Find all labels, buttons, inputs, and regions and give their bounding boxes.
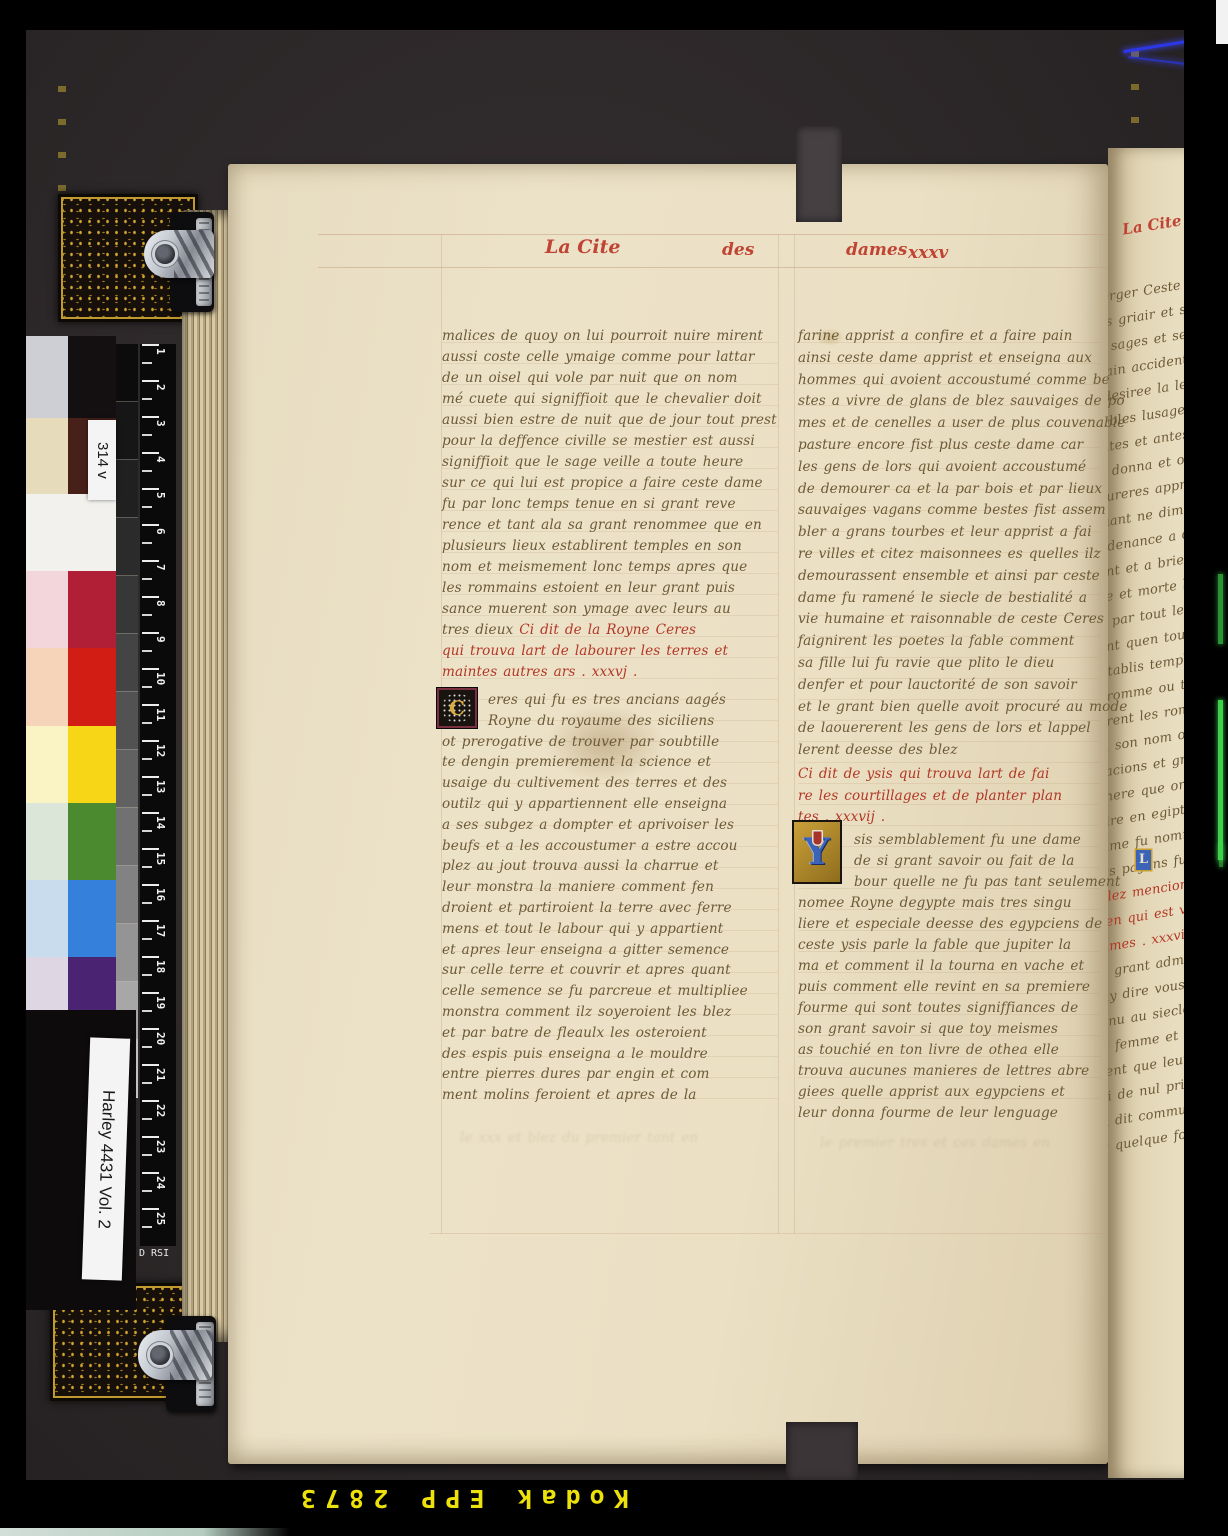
ruler-unit: 11 <box>140 704 176 740</box>
recto-illuminated-initial: L <box>1136 850 1151 870</box>
manuscript-text-line: plez au jout trouva aussi la charrue et <box>442 856 778 877</box>
color-patch-row-pink-crimson <box>20 571 116 648</box>
manuscript-text-line: mé cuete qui signiffioit que le chevalie… <box>442 389 778 410</box>
gray-wedge-step <box>116 344 138 402</box>
manuscript-text-line: lerent deesse des blez <box>798 740 1100 762</box>
clip-stripes-bottom <box>170 1330 212 1380</box>
manuscript-page-recto-sliver: La Cite berger Ceste fu fillegis griair … <box>1108 148 1184 1478</box>
support-strap-bottom <box>786 1422 858 1482</box>
color-patch <box>68 648 116 726</box>
manuscript-text-line: re les courtillages et de planter plan <box>798 786 1100 808</box>
color-patch <box>68 336 116 418</box>
color-patch <box>20 726 68 803</box>
frame-top <box>0 0 1228 30</box>
manuscript-text-line: bour quelle ne fu pas tant seulement <box>798 872 1100 893</box>
manuscript-text-line: nomee Royne degypte mais tres singu <box>798 893 1100 914</box>
manuscript-text-line: de laouererent les gens de lors et lappe… <box>798 718 1100 740</box>
ruler-unit: 18 <box>140 956 176 992</box>
ruler-unit: 1 <box>140 344 176 380</box>
manuscript-text-line: bler a grans tourbes et leur apprist a f… <box>798 522 1100 544</box>
manuscript-text-line: beufs et a les accoustumer a estre accou <box>442 836 778 857</box>
manuscript-text-line: ment molins feroient et apres de la <box>442 1085 778 1106</box>
manuscript-text-line: les gens de lors qui avoient accoustumé <box>798 457 1100 479</box>
manuscript-text-line: et apres leur enseigna a gitter semence <box>442 940 778 961</box>
color-patch <box>68 880 116 957</box>
manuscript-text-line: outilz qui y appartiennent elle enseigna <box>442 794 778 815</box>
running-header-chapter-numeral: xxxv <box>908 243 948 263</box>
manuscript-text-line: sa fille lui fu ravie que plito le dieu <box>798 653 1100 675</box>
col2-text-block2: sis semblablement fu une damede si grant… <box>798 830 1100 1124</box>
color-patch <box>20 571 68 648</box>
manuscript-text-line: sis semblablement fu une dame <box>798 830 1100 851</box>
manuscript-text-line: farine apprist a confire et a faire pain <box>798 326 1100 348</box>
color-patch-row-white <box>20 494 116 571</box>
manuscript-text-line: demourassent ensemble et ainsi par ceste <box>798 566 1100 588</box>
ruler-unit: 7 <box>140 560 176 596</box>
color-patch-row-mint-green <box>20 803 116 880</box>
manuscript-text-line: aussi bien estre de nuit que de jour tou… <box>442 410 778 431</box>
manuscript-text-line: leur monstra la maniere comment fen <box>442 877 778 898</box>
gray-wedge-step <box>116 402 138 460</box>
manuscript-text-line: te dengin premierement la science et <box>442 752 778 773</box>
manuscript-text-line: celle semence se fu parcreue et multipli… <box>442 981 778 1002</box>
color-patch <box>68 494 116 571</box>
manuscript-text-line: mes et de cenelles a user de plus couven… <box>798 413 1100 435</box>
manuscript-text-line: Royne du royaume des siciliens <box>442 711 778 732</box>
running-header-dames: dames <box>846 240 907 260</box>
manuscript-text-line: qui trouva lart de labourer les terres e… <box>442 641 778 662</box>
manuscript-text-line: ceste ysis parle la fable que jupiter la <box>798 935 1100 956</box>
color-patch <box>68 957 116 1012</box>
manuscript-text-line: sur celle terre et couvrir et apres quan… <box>442 960 778 981</box>
ruler-unit: 21 <box>140 1064 176 1100</box>
manuscript-text-line: de si grant savoir ou fait de la <box>798 851 1100 872</box>
gray-wedge-step <box>116 460 138 518</box>
ruler-unit: 13 <box>140 776 176 812</box>
gray-wedge-step <box>116 808 138 866</box>
ruler-unit: 6 <box>140 524 176 560</box>
manuscript-text-line: nom et meismement lonc temps apres que <box>442 557 778 578</box>
folio-number-sticker: 314 v <box>88 420 116 500</box>
col1-text-block2: eres qui fu es tres ancians aagésRoyne d… <box>442 690 778 1106</box>
color-patch-row-paleblue-blue <box>20 880 116 957</box>
manuscript-text-line: dame fu ramené le siecle de bestialité a <box>798 588 1100 610</box>
manuscript-text-line: fourme qui sont toutes signiffiances de <box>798 998 1100 1019</box>
grayscale-wedge <box>116 344 138 1098</box>
manuscript-text-line: aussi coste celle ymaige comme pour latt… <box>442 347 778 368</box>
ruler-unit: 16 <box>140 884 176 920</box>
ruler-unit: 14 <box>140 812 176 848</box>
bottom-light-leak <box>0 1528 290 1536</box>
manuscript-text-line: liere et especiale deesse des egypciens … <box>798 914 1100 935</box>
clip-stripes-top <box>174 230 214 278</box>
manuscript-text-line: tres dieux Ci dit de la Royne Ceres <box>442 620 778 641</box>
gray-wedge-step <box>116 576 138 634</box>
manuscript-text-line: leur donna fourme de leur lenguage <box>798 1103 1100 1124</box>
bleedthrough-2: le premier tres et ces dames en <box>820 1135 1050 1151</box>
manuscript-text-line: ma et comment il la tourna en vache et <box>798 956 1100 977</box>
ruling-line-bottom <box>430 1233 1106 1234</box>
shelfmark-sticker: Harley 4431 Vol. 2 <box>82 1037 130 1280</box>
ruler-unit: 4 <box>140 452 176 488</box>
manuscript-text-line: Ci dit de ysis qui trouva lart de fai <box>798 764 1100 786</box>
film-white-corner-strip <box>1216 0 1228 44</box>
ruling-line-top <box>318 234 1108 235</box>
ruler-unit: 20 <box>140 1028 176 1064</box>
clip-hole-top <box>155 244 175 264</box>
color-patch-row-peach-red <box>20 648 116 726</box>
color-patch <box>20 418 68 494</box>
ruler-unit: 2 <box>140 380 176 416</box>
color-patch <box>20 957 68 1012</box>
manuscript-text-line: plusieurs lieux establirent temples en s… <box>442 536 778 557</box>
gray-wedge-step <box>116 634 138 692</box>
manuscript-text-line: des espis puis enseigna a le mouldre <box>442 1044 778 1065</box>
manuscript-text-line: pasture encore fist plus ceste dame car <box>798 435 1100 457</box>
manuscript-text-line: ot prerogative de trouver par soubtille <box>442 732 778 753</box>
color-patch <box>20 336 68 418</box>
frame-left <box>0 0 26 1536</box>
ruler-unit: 3 <box>140 416 176 452</box>
manuscript-text-line: as touchié en ton livre de othea elle <box>798 1040 1100 1061</box>
manuscript-text-line: denfer et pour lauctorité de son savoir <box>798 675 1100 697</box>
ruler-unit: 9 <box>140 632 176 668</box>
manuscript-text-line: usaige du cultivement des terres et des <box>442 773 778 794</box>
color-patch <box>20 494 68 571</box>
manuscript-text-line: monstra comment ilz soyeroient les blez <box>442 1002 778 1023</box>
running-header-des: des <box>722 240 754 260</box>
ruler-unit: 23 <box>140 1136 176 1172</box>
manuscript-text-line: hommes qui avoient accoustumé comme be <box>798 370 1100 392</box>
manuscript-text-line: eres qui fu es tres ancians aagés <box>442 690 778 711</box>
color-patch <box>20 803 68 880</box>
ruler-unit: 10 <box>140 668 176 704</box>
ruler-unit: 17 <box>140 920 176 956</box>
binder-clip-metal-top <box>144 230 214 278</box>
manuscript-text-line: faignirent les poetes la fable comment <box>798 631 1100 653</box>
film-green-mark-2 <box>1218 700 1223 860</box>
color-patch <box>20 880 68 957</box>
ruler-unit: 8 <box>140 596 176 632</box>
binder-clip-metal-bottom <box>138 1330 212 1380</box>
manuscript-text-line: de demourer ca et la par bois et par lie… <box>798 479 1100 501</box>
manuscript-text-line: giees quelle apprist aux egypciens et <box>798 1082 1100 1103</box>
manuscript-text-line: tes . xxxvij . <box>798 807 1100 829</box>
manuscript-photo: La Cite berger Ceste fu fillegis griair … <box>0 0 1228 1536</box>
manuscript-text-line: son grant savoir si que toy meismes <box>798 1019 1100 1040</box>
color-patch <box>68 803 116 880</box>
gray-wedge-step <box>116 692 138 750</box>
ruler-unit: 19 <box>140 992 176 1028</box>
manuscript-text-line: malices de quoy on lui pourroit nuire mi… <box>442 326 778 347</box>
manuscript-text-line: pour la deffence civille se mestier est … <box>442 431 778 452</box>
bleedthrough-1: le xxx et blez du premier tant en <box>460 1130 698 1146</box>
manuscript-text-line: sauvaiges vagans comme bestes fist assem <box>798 500 1100 522</box>
manuscript-text-line: trouva aucunes manieres de lettres abre <box>798 1061 1100 1082</box>
manuscript-text-line: vie humaine et raisonnable de ceste Cere… <box>798 609 1100 631</box>
measurement-ruler: 1234567891011121314151617181920212223242… <box>140 344 176 1246</box>
manuscript-text-line: et le grant bien quelle avoit procuré au… <box>798 697 1100 719</box>
ruler-unit: 15 <box>140 848 176 884</box>
recto-text-fragments: berger Ceste fu fillegis griair et seur … <box>1108 148 1184 1167</box>
manuscript-text-line: fu par lonc temps tenue en si grant reve <box>442 494 778 515</box>
ruler-caption: D RSI <box>139 1248 169 1259</box>
color-patch <box>68 571 116 648</box>
gray-wedge-step <box>116 750 138 808</box>
gray-wedge-step <box>116 866 138 924</box>
manuscript-text-line: rence et tant ala sa grant renommee que … <box>442 515 778 536</box>
gray-wedge-step <box>116 518 138 576</box>
ruling-col2-left <box>794 234 795 1234</box>
manuscript-text-line: re villes et citez maisonnees es quelles… <box>798 544 1100 566</box>
col2-rubric: Ci dit de ysis qui trouva lart de faire … <box>798 764 1100 829</box>
clip-hole-bottom <box>150 1345 170 1365</box>
ruler-unit: 24 <box>140 1172 176 1208</box>
ruling-line-header-base <box>318 267 1108 268</box>
color-patch-row-gray-black <box>20 336 116 418</box>
film-green-mark-3 <box>1219 845 1223 867</box>
gray-wedge-step <box>116 924 138 982</box>
col2-text-block1: farine apprist a confire et a faire pain… <box>798 326 1100 762</box>
ruler-unit: 12 <box>140 740 176 776</box>
col1-rubric: qui trouva lart de labourer les terres e… <box>442 641 778 683</box>
color-patch-row-lavender-purple <box>20 957 116 1012</box>
page-edge-stack <box>182 210 234 1342</box>
manuscript-text-line: entre pierres dures par engin et com <box>442 1064 778 1085</box>
ruler-unit: 25 <box>140 1208 176 1244</box>
manuscript-text-line: les rommains estoient en leur grant puis <box>442 578 778 599</box>
color-patch <box>20 648 68 726</box>
film-stock-text: Kodak EPP 2873 <box>292 1484 629 1513</box>
manuscript-text-line: puis comment elle revint en sa premiere <box>798 977 1100 998</box>
manuscript-text-line: et par batre de fleaulx les osteroient <box>442 1023 778 1044</box>
manuscript-text-line: de un oisel qui vole par nuit que on nom <box>442 368 778 389</box>
manuscript-text-line: stes a vivre de glans de blez sauvaiges … <box>798 391 1100 413</box>
running-header-la-cite: La Cite <box>545 236 621 258</box>
manuscript-text-line: maintes autres ars . xxxvj . <box>442 662 778 683</box>
manuscript-text-line: a ses subgez a dompter et aprivoiser les <box>442 815 778 836</box>
manuscript-text-line: sance muerent son ymage avec leurs au <box>442 599 778 620</box>
manuscript-text-line: signiffioit que le sage veille a toute h… <box>442 452 778 473</box>
manuscript-text-line: mens et tout le labour qui y appartient <box>442 919 778 940</box>
manuscript-text-line: sur ce qui lui est propice a faire ceste… <box>442 473 778 494</box>
color-patch-row-paleyellow-yellow <box>20 726 116 803</box>
support-strap-top <box>796 126 842 222</box>
ruling-col1-right <box>778 234 779 1234</box>
film-green-mark-1 <box>1218 574 1223 644</box>
ruler-unit: 5 <box>140 488 176 524</box>
col1-text-block1: malices de quoy on lui pourroit nuire mi… <box>442 326 778 641</box>
ruler-unit: 22 <box>140 1100 176 1136</box>
color-patch <box>68 726 116 803</box>
manuscript-text-line: ainsi ceste dame apprist et enseigna aux <box>798 348 1100 370</box>
manuscript-text-line: droient et partiroient la terre avec fer… <box>442 898 778 919</box>
